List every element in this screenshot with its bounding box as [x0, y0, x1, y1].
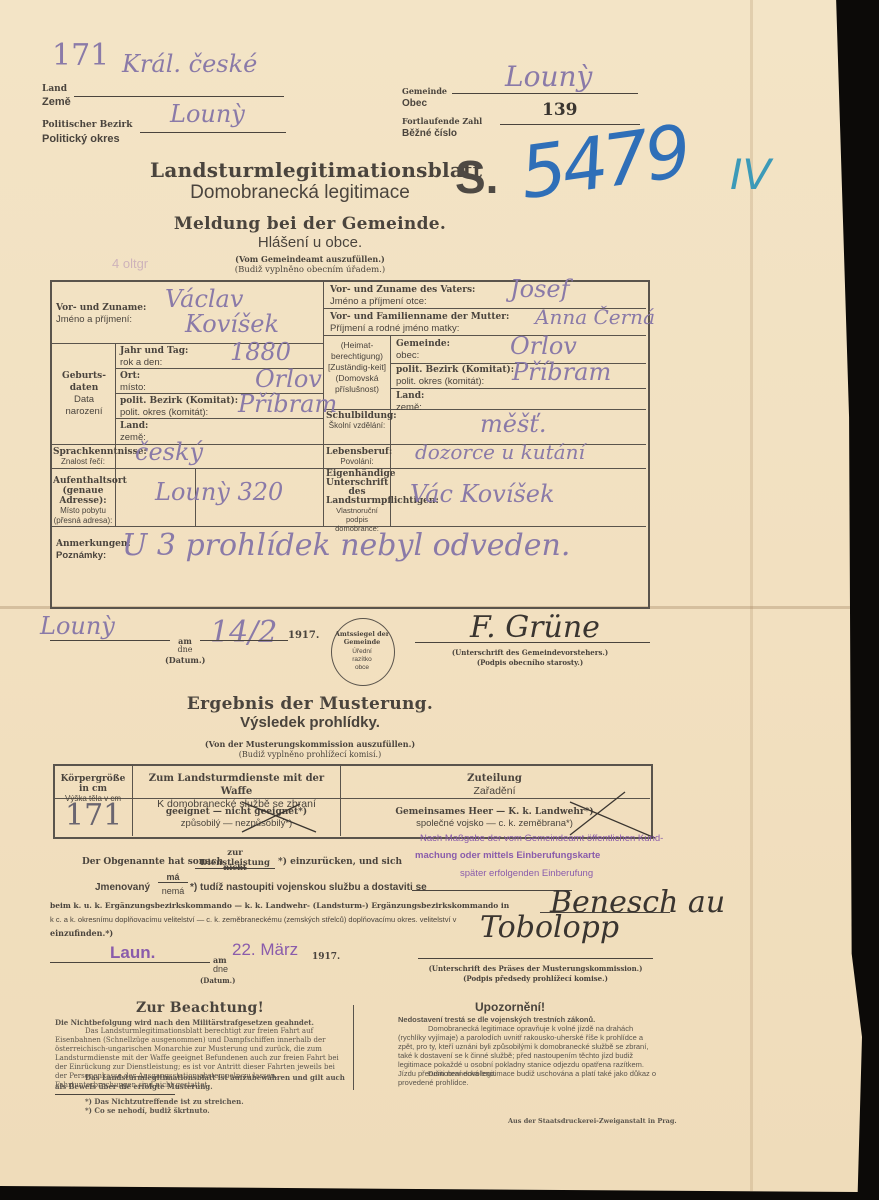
- domicile-land-label-cz: země:: [396, 402, 424, 414]
- stamp-line3: später erfolgenden Einberufung: [460, 868, 593, 879]
- examination-heading-de: Ergebnis der Musterung.: [150, 694, 470, 714]
- municipality-label-cz: Obec: [402, 98, 427, 109]
- order-line3-de: beim k. u. k. Ergänzungsbezirkskommando …: [50, 901, 509, 910]
- commission-date-prefix-cz: dne: [213, 964, 228, 974]
- residence-value: Lounỳ 320: [155, 478, 283, 506]
- language-label-de: Sprachkenntnisse:: [53, 447, 113, 457]
- order-line2-frac-bottom: nemá: [158, 886, 188, 896]
- birth-place-value: Orlov: [255, 365, 322, 393]
- domicile-land-label: Land:země:: [396, 390, 424, 414]
- birth-land-label-de: Land:: [120, 420, 148, 432]
- commission-date-value: 22. März: [232, 940, 298, 960]
- municipality-line: [452, 93, 638, 94]
- domicile-obec-label-cz: obec:: [396, 350, 450, 362]
- chairman-signature: Tobolopp: [480, 910, 619, 945]
- domicile-obec-label: Gemeinde:obec:: [396, 338, 450, 362]
- father-label-de: Vor- und Zuname des Vaters:: [330, 284, 475, 296]
- examination-note-de: (Von der Musterungskommission auszufülle…: [150, 739, 470, 749]
- birth-district-label-cz: polit. okres (komitát):: [120, 407, 238, 419]
- birth-place-label: Ort:místo:: [120, 370, 146, 394]
- notice-cz-p1: Nedostavení trestá se dle vojenských tre…: [398, 1015, 658, 1024]
- mother-value: Anna Černá: [535, 305, 655, 329]
- birth-group-label: Geburts-datenData narození: [56, 370, 112, 418]
- district-line: [140, 132, 286, 133]
- name-label-cz: Jméno a příjmení:: [56, 314, 146, 326]
- residence-label: Aufenthaltsort (genaue Adresse):Místo po…: [53, 476, 113, 526]
- row-divider: [390, 388, 646, 389]
- residence-label-de: Aufenthaltsort (genaue Adresse):: [53, 476, 113, 506]
- mayor-caption-de: (Unterschrift des Gemeindevorstehers.): [430, 648, 630, 657]
- examination-heading-cz: Výsledek prohlídky.: [150, 714, 470, 731]
- registration-note-cz: (Budiž vyplněno obecním úřadem.): [150, 265, 470, 275]
- order-line4-cz: k c. a k. okresnímu doplňovacímu velitel…: [50, 915, 456, 924]
- domicile-district-value: Příbram: [512, 358, 611, 386]
- service-header-de: Zum Landsturmdienste mit der Waffe: [134, 772, 339, 798]
- language-label: Sprachkenntnisse:Znalost řečí:: [53, 447, 113, 467]
- district-label-de: Politischer Bezirk: [42, 120, 132, 130]
- domicile-obec-label-de: Gemeinde:: [396, 338, 450, 350]
- serial-value: 139: [542, 100, 578, 120]
- column-divider: [340, 765, 341, 836]
- notice-de-p1: Die Nichtbefolgung wird nach den Militär…: [55, 1018, 345, 1027]
- signature-line: [415, 642, 650, 643]
- birth-year-value: 1880: [230, 338, 291, 366]
- order-line5-de: einzufinden.*): [50, 928, 113, 938]
- birth-place-label-cz: místo:: [120, 382, 146, 394]
- commission-date-caption: (Datum.): [200, 976, 235, 985]
- municipal-place-value: Lounỳ: [40, 612, 115, 640]
- birth-district-label: polit. Bezirk (Komitat):polit. okres (ko…: [120, 395, 238, 419]
- order-line2-cz: Jmenovaný: [95, 882, 150, 893]
- commission-caption-de: (Unterschrift des Präses der Musterungsk…: [418, 964, 653, 973]
- row-divider: [324, 335, 646, 336]
- order-line: [412, 890, 572, 891]
- municipality-value: Lounỳ: [505, 60, 592, 93]
- notice-de-heading: Zur Beachtung!: [55, 1000, 345, 1016]
- name-value-last: Kovíšek: [185, 310, 279, 338]
- strikethrough-mark: [240, 800, 320, 835]
- column-divider: [132, 765, 133, 836]
- remarks-label-cz: Poznámky:: [56, 550, 131, 562]
- stamp-line1: Nach Maßgabe der vom Gemeindeamt öffentl…: [420, 833, 663, 844]
- municipal-date-caption: (Datum.): [165, 655, 205, 665]
- occupation-label-de: Lebensberuf:: [326, 447, 388, 457]
- municipality-label-de: Gemeinde: [402, 86, 447, 96]
- father-label: Vor- und Zuname des Vaters:Jméno a příjm…: [330, 284, 475, 308]
- domicile-group-de: (Heimat-berechtigung) [Zuständig-keit]: [326, 340, 388, 373]
- notice-divider: [353, 1005, 354, 1090]
- registration-note-de: (Vom Gemeindeamt auszufüllen.): [150, 254, 470, 264]
- height-header-de: Körpergröße in cm: [55, 774, 131, 794]
- birth-group-de: Geburts-daten: [56, 370, 112, 394]
- column-divider: [115, 343, 116, 526]
- blue-pencil-suffix: IV: [730, 150, 771, 199]
- printer-imprint: Aus der Staatsdruckerei-Zweiganstalt in …: [508, 1116, 677, 1126]
- examination-note-cz: (Budiž vyplněno prohlížecí komisí.): [150, 750, 470, 759]
- district-value: Lounỳ: [170, 100, 245, 128]
- height-value: 171: [65, 798, 122, 833]
- signature-label: Eigenhändige Unterschrift des Landsturmp…: [326, 470, 388, 533]
- stamp-line2: machung oder mittels Einberufungskarte: [415, 850, 600, 861]
- domicile-group-label: (Heimat-berechtigung) [Zuständig-keit](D…: [326, 340, 388, 395]
- land-line: [74, 96, 284, 97]
- domicile-group-cz: (Domovská příslušnost): [326, 373, 388, 395]
- mayor-caption-cz: (Podpis obecního starosty.): [430, 658, 630, 667]
- notice-cz-heading: Upozornění!: [360, 1000, 660, 1014]
- remarks-label-de: Anmerkungen:: [56, 538, 131, 550]
- order-line1-rest: *) einzurücken, und sich: [278, 857, 402, 867]
- commission-caption-cz: (Podpis předsedy prohlížecí komise.): [418, 974, 653, 983]
- municipal-date-prefix-cz: dne: [170, 645, 200, 654]
- name-label: Vor- und Zuname:Jméno a příjmení:: [56, 302, 146, 326]
- serial-label-cz: Běžné číslo: [402, 128, 457, 139]
- domicile-land-label-de: Land:: [396, 390, 424, 402]
- faded-stamp: 4 oltgr: [112, 256, 148, 271]
- signature-value: Vác Kovíšek: [410, 480, 555, 508]
- birth-year-label-cz: rok a den:: [120, 357, 188, 369]
- education-label-cz: Školní vzdělání:: [326, 421, 388, 431]
- remarks-label: Anmerkungen:Poznámky:: [56, 538, 131, 562]
- occupation-label: Lebensberuf:Povolání:: [326, 447, 388, 467]
- land-label-cz: Země: [42, 96, 71, 108]
- registration-heading-cz: Hlášení u obce.: [150, 234, 470, 251]
- signature-line: [418, 958, 653, 959]
- municipal-seal-cz: Úřední razítko obce: [345, 648, 379, 672]
- remarks-value: U 3 prohlídek nebyl odveden.: [122, 528, 570, 563]
- occupation-value: dozorce u kutání: [415, 440, 585, 464]
- birth-district-label-de: polit. Bezirk (Komitat):: [120, 395, 238, 407]
- municipal-date-value: 14/2: [210, 615, 277, 650]
- commission-year: 1917.: [312, 952, 340, 962]
- order-frac-bottom: nicht: [195, 862, 275, 872]
- commission-place-value: Laun.: [110, 943, 155, 963]
- birth-group-cz: Data narození: [56, 394, 112, 418]
- name-label-de: Vor- und Zuname:: [56, 302, 146, 314]
- order-line2-frac-top: má: [158, 872, 188, 883]
- name-value-first: Václav: [165, 285, 243, 313]
- document-sheet: 171 Král. české Land Země Lounỳ Politisc…: [0, 0, 862, 1192]
- education-label: Schulbildung:Školní vzdělání:: [326, 411, 388, 431]
- birth-year-label: Jahr und Tag:rok a den:: [120, 345, 188, 369]
- series-letter: S.: [455, 150, 498, 204]
- education-label-de: Schulbildung:: [326, 411, 388, 421]
- birth-place-label-de: Ort:: [120, 370, 146, 382]
- notice-de-p3: Das Landsturmlegitimationsblatt ist aufz…: [55, 1073, 345, 1091]
- footnote-cz: *) Co se nehodí, budiž škrtnuto.: [85, 1106, 210, 1116]
- registration-heading-de: Meldung bei der Gemeinde.: [150, 214, 470, 234]
- land-label-de: Land: [42, 84, 67, 94]
- municipal-year: 1917.: [288, 630, 319, 641]
- domicile-district-label-de: polit. Bezirk (Komitat):: [396, 364, 514, 376]
- birth-year-label-de: Jahr und Tag:: [120, 345, 188, 357]
- mother-label-de: Vor- und Familienname der Mutter:: [330, 311, 509, 323]
- residence-label-cz: Místo pobytu (přesná adresa):: [53, 506, 113, 526]
- language-value: český: [135, 438, 203, 466]
- handwritten-number: 171: [52, 38, 109, 73]
- notice-cz-p3: Domobranecká legitimace budiž uschována …: [398, 1069, 658, 1087]
- language-label-cz: Znalost řečí:: [53, 457, 113, 467]
- municipal-seal-de: Amtssiegel der Gemeinde: [333, 630, 391, 646]
- district-label-cz: Politický okres: [42, 133, 120, 145]
- occupation-label-cz: Povolání:: [326, 457, 388, 467]
- serial-label-de: Fortlaufende Zahl: [402, 116, 482, 126]
- footnote-line: [55, 1094, 175, 1095]
- mother-label-cz: Příjmení a rodné jméno matky:: [330, 323, 509, 335]
- mayor-signature: F. Grüne: [470, 610, 600, 645]
- date-line: [200, 640, 288, 641]
- assignment-header-de: Zuteilung: [342, 772, 647, 785]
- place-line: [50, 640, 170, 641]
- mother-label: Vor- und Familienname der Mutter:Příjmen…: [330, 311, 509, 335]
- title-de: Landsturmlegitimationsblatt: [150, 158, 450, 182]
- education-value: měšť.: [480, 410, 547, 438]
- domicile-obec-value: Orlov: [510, 332, 577, 360]
- birth-district-value: Příbram: [238, 390, 337, 418]
- domicile-district-label-cz: polit. okres (komitát):: [396, 376, 514, 388]
- domicile-district-label: polit. Bezirk (Komitat):polit. okres (ko…: [396, 364, 514, 388]
- father-value: Josef: [510, 275, 569, 303]
- father-label-cz: Jméno a příjmení otce:: [330, 296, 475, 308]
- title-cz: Domobranecká legitimace: [150, 182, 450, 204]
- place-line: [50, 962, 210, 963]
- land-value: Král. české: [122, 50, 257, 78]
- order-line2-rest: *) tudíž nastoupiti vojenskou službu a d…: [190, 882, 427, 893]
- signature-label-de: Eigenhändige Unterschrift des Landsturmp…: [326, 470, 388, 506]
